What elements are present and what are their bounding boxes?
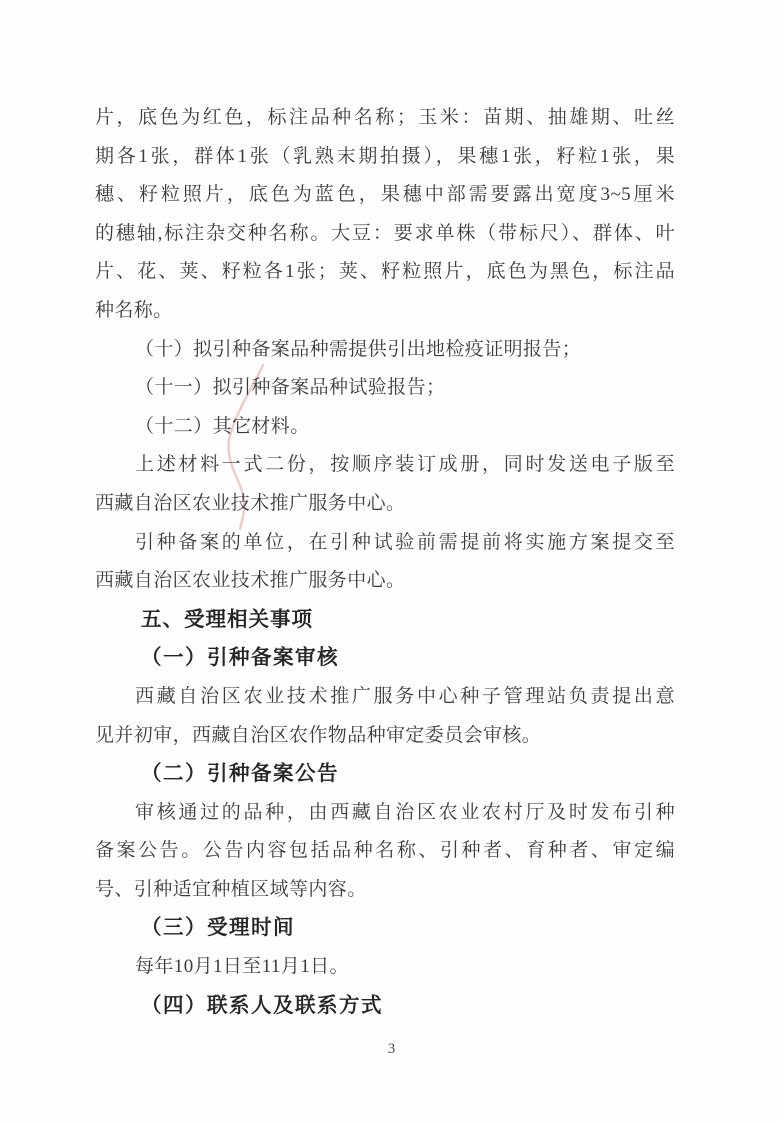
section-heading: （二）引种备案公告 bbox=[95, 755, 675, 794]
text-line: 西藏自治区农业技术推广服务中心。 bbox=[95, 485, 675, 524]
text-line: 的穗轴,标注杂交种名称。大豆：要求单株（带标尺）、群体、叶 bbox=[95, 215, 675, 254]
text-line: 见并初审，西藏自治区农作物品种审定委员会审核。 bbox=[95, 717, 675, 756]
text-line: 西藏自治区农业技术推广服务中心。 bbox=[95, 562, 675, 601]
text-line: 审核通过的品种，由西藏自治区农业农村厅及时发布引种 bbox=[95, 794, 675, 833]
text-line: 穗、籽粒照片，底色为蓝色，果穗中部需要露出宽度3~5厘米 bbox=[95, 176, 675, 215]
document-page: 片，底色为红色，标注品种名称；玉米：苗期、抽雄期、吐丝期各1张，群体1张（乳熟末… bbox=[0, 0, 783, 1123]
text-line: 片，底色为红色，标注品种名称；玉米：苗期、抽雄期、吐丝 bbox=[95, 99, 675, 138]
section-heading: 五、受理相关事项 bbox=[95, 601, 675, 640]
text-line: 引种备案的单位，在引种试验前需提前将实施方案提交至 bbox=[95, 524, 675, 563]
text-line: 期各1张，群体1张（乳熟末期拍摄），果穗1张，籽粒1张，果 bbox=[95, 138, 675, 177]
text-line: 备案公告。公告内容包括品种名称、引种者、育种者、审定编 bbox=[95, 832, 675, 871]
document-body: 片，底色为红色，标注品种名称；玉米：苗期、抽雄期、吐丝期各1张，群体1张（乳熟末… bbox=[95, 99, 675, 1025]
text-line: 上述材料一式二份，按顺序装订成册，同时发送电子版至 bbox=[95, 446, 675, 485]
section-heading: （三）受理时间 bbox=[95, 909, 675, 948]
text-line: 西藏自治区农业技术推广服务中心种子管理站负责提出意 bbox=[95, 678, 675, 717]
text-line: 片、花、荚、籽粒各1张；荚、籽粒照片，底色为黑色，标注品 bbox=[95, 253, 675, 292]
text-line: （十）拟引种备案品种需提供引出地检疫证明报告； bbox=[95, 331, 675, 370]
section-heading: （四）联系人及联系方式 bbox=[95, 987, 675, 1026]
text-line: 种名称。 bbox=[95, 292, 675, 331]
page-number: 3 bbox=[0, 1041, 783, 1058]
section-heading: （一）引种备案审核 bbox=[95, 639, 675, 678]
text-line: （十一）拟引种备案品种试验报告； bbox=[95, 369, 675, 408]
text-line: 号、引种适宜种植区域等内容。 bbox=[95, 871, 675, 910]
text-line: （十二）其它材料。 bbox=[95, 408, 675, 447]
text-line: 每年10月1日至11月1日。 bbox=[95, 948, 675, 987]
